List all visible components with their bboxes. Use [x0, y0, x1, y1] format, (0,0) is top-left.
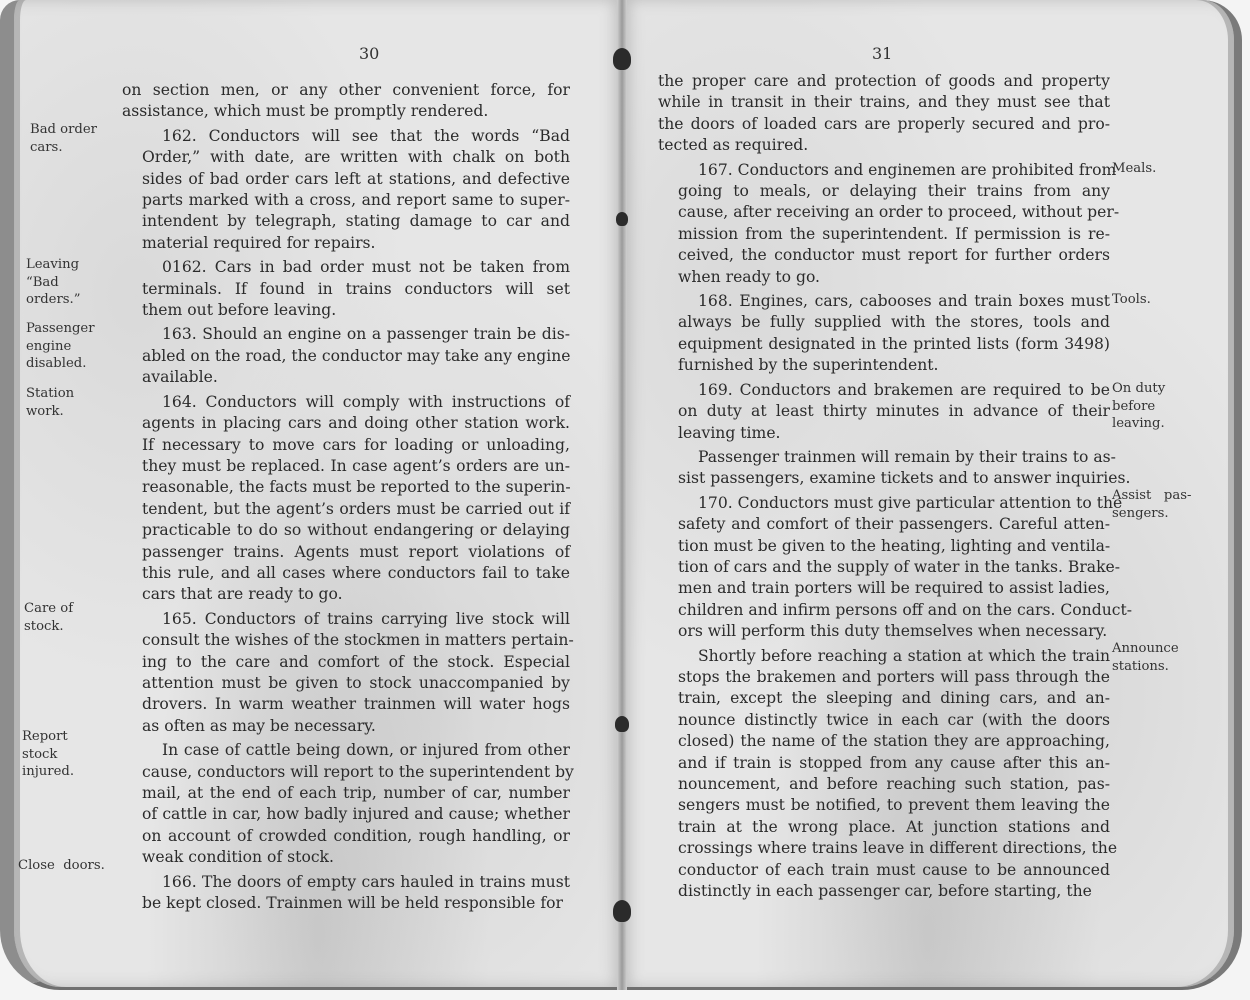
text-line: sengers must be notified, to prevent the… [658, 795, 1110, 816]
text-line: stops the brakemen and porters will pass… [658, 667, 1110, 688]
text-line: Passenger trainmen will remain by their … [658, 447, 1110, 468]
text-line: intendent by telegraph, stating damage t… [122, 211, 570, 232]
text-line: terminals. If found in trains conductors… [122, 279, 570, 300]
text-line: while in transit in their trains, and th… [658, 92, 1110, 113]
text-line: In case of cattle being down, or injured… [122, 740, 570, 761]
text-line: drovers. In warm weather trainmen will w… [122, 694, 570, 715]
paragraph: 0162. Cars in bad order must not be take… [122, 257, 570, 321]
right-page: 31 the proper care and protection of goo… [622, 0, 1242, 990]
text-line: cars that are ready to go. [122, 584, 570, 605]
text-line: 166. The doors of empty cars hauled in t… [122, 872, 570, 893]
text-line: furnished by the superintendent. [658, 355, 1110, 376]
text-line: 167. Conductors and enginemen are prohib… [658, 160, 1110, 181]
open-book-spread: 30 on section men, or any other convenie… [0, 0, 1250, 1000]
paragraph: In case of cattle being down, or injured… [122, 740, 570, 868]
margin-note-announce-stations: Announce stations. [1112, 640, 1179, 675]
binding-stitch [613, 900, 631, 922]
text-line: children and infirm persons off and on t… [658, 600, 1110, 621]
text-line: on section men, or any other convenient … [122, 80, 570, 101]
margin-note-meals: Meals. [1112, 160, 1156, 178]
text-line: 162. Conductors will see that the words … [122, 126, 570, 147]
text-line: agents in placing cars and doing other s… [122, 413, 570, 434]
text-line: weak condition of stock. [122, 847, 570, 868]
text-line: as often as may be necessary. [122, 716, 570, 737]
binding-stitch [613, 48, 631, 70]
text-line: tion of cars and the supply of water in … [658, 557, 1110, 578]
text-line: distinctly in each passenger car, before… [658, 881, 1110, 902]
text-line: Shortly before reaching a station at whi… [658, 646, 1110, 667]
margin-note-bad-order-cars: Bad order cars. [30, 121, 97, 156]
paragraph: the proper care and protection of goods … [658, 71, 1110, 157]
page-number: 30 [359, 44, 379, 63]
text-line: 165. Conductors of trains carrying live … [122, 609, 570, 630]
paragraph: 166. The doors of empty cars hauled in t… [122, 872, 570, 915]
right-page-body: the proper care and protection of goods … [658, 71, 1110, 905]
text-line: always be fully supplied with the stores… [658, 312, 1110, 333]
paragraph: 163. Should an engine on a passenger tra… [122, 324, 570, 388]
text-line: the proper care and protection of goods … [658, 71, 1110, 92]
text-line: when ready to go. [658, 267, 1110, 288]
text-line: passenger trains. Agents must report vio… [122, 542, 570, 563]
text-line: conductor of each train must cause to be… [658, 860, 1110, 881]
text-line: Order,” with date, are written with chal… [122, 147, 570, 168]
text-line: If necessary to move cars for loading or… [122, 435, 570, 456]
text-line: sist passengers, examine tickets and to … [658, 468, 1110, 489]
page-number: 31 [872, 44, 892, 63]
paragraph: 162. Conductors will see that the words … [122, 126, 570, 254]
text-line: cause, after receiving an order to proce… [658, 202, 1110, 223]
paragraph: 169. Conductors and brakemen are require… [658, 380, 1110, 444]
paragraph: 164. Conductors will comply with instruc… [122, 392, 570, 606]
text-line: tected as required. [658, 135, 1110, 156]
text-line: mission from the superintendent. If perm… [658, 224, 1110, 245]
paragraph: on section men, or any other convenient … [122, 80, 570, 123]
margin-note-care-of-stock: Care of stock. [24, 600, 73, 635]
text-line: train, except the sleeping and dining ca… [658, 688, 1110, 709]
paragraph: 170. Conductors must give particular att… [658, 493, 1110, 643]
text-line: 168. Engines, cars, cabooses and train b… [658, 291, 1110, 312]
text-line: on account of crowded condition, rough h… [122, 826, 570, 847]
margin-note-passenger-engine-disabled: Passenger engine disabled. [26, 320, 95, 373]
text-line: of cattle in car, how badly injured and … [122, 804, 570, 825]
text-line: 164. Conductors will comply with instruc… [122, 392, 570, 413]
text-line: cause, conductors will report to the sup… [122, 762, 570, 783]
text-line: 0162. Cars in bad order must not be take… [122, 257, 570, 278]
text-line: be kept closed. Trainmen will be held re… [122, 893, 570, 914]
text-line: abled on the road, the conductor may tak… [122, 346, 570, 367]
margin-note-on-duty-before-leaving: On duty before leaving. [1112, 380, 1165, 433]
text-line: sides of bad order cars left at stations… [122, 169, 570, 190]
text-line: closed) the name of the station they are… [658, 731, 1110, 752]
text-line: 169. Conductors and brakemen are require… [658, 380, 1110, 401]
text-line: they must be replaced. In case agent’s o… [122, 456, 570, 477]
text-line: them out before leaving. [122, 300, 570, 321]
left-page: 30 on section men, or any other convenie… [0, 0, 622, 990]
text-line: going to meals, or delaying their trains… [658, 181, 1110, 202]
margin-note-report-stock-injured: Report stock injured. [22, 728, 74, 781]
text-line: attention must be given to stock unaccom… [122, 673, 570, 694]
text-line: tendent, but the agent’s orders must be … [122, 499, 570, 520]
paragraph: 168. Engines, cars, cabooses and train b… [658, 291, 1110, 377]
text-line: 170. Conductors must give particular att… [658, 493, 1110, 514]
text-line: equipment designated in the printed list… [658, 334, 1110, 355]
paragraph: 165. Conductors of trains carrying live … [122, 609, 570, 737]
text-line: leaving time. [658, 423, 1110, 444]
text-line: mail, at the end of each trip, number of… [122, 783, 570, 804]
binding-stitch [615, 716, 629, 732]
text-line: train at the wrong place. At junction st… [658, 817, 1110, 838]
text-line: reasonable, the facts must be reported t… [122, 477, 570, 498]
text-line: safety and comfort of their passengers. … [658, 514, 1110, 535]
paragraph: 167. Conductors and enginemen are prohib… [658, 160, 1110, 288]
margin-note-tools: Tools. [1112, 291, 1151, 309]
text-line: ors will perform this duty themselves wh… [658, 621, 1110, 642]
paragraph: Shortly before reaching a station at whi… [658, 646, 1110, 903]
text-line: consult the wishes of the stockmen in ma… [122, 630, 570, 651]
text-line: practicable to do so without endangering… [122, 520, 570, 541]
left-page-body: on section men, or any other convenient … [122, 80, 570, 917]
text-line: assistance, which must be promptly rende… [122, 101, 570, 122]
text-line: ing to the care and comfort of the stock… [122, 652, 570, 673]
text-line: crossings where trains leave in differen… [658, 838, 1110, 859]
margin-note-leaving-bad-orders: Leaving “Bad orders.” [26, 256, 81, 309]
text-line: material required for repairs. [122, 233, 570, 254]
text-line: available. [122, 367, 570, 388]
binding-stitch [616, 212, 628, 226]
text-line: ceived, the conductor must report for fu… [658, 245, 1110, 266]
paragraph: Passenger trainmen will remain by their … [658, 447, 1110, 490]
text-line: nouncement, and before reaching such sta… [658, 774, 1110, 795]
text-line: tion must be given to the heating, light… [658, 536, 1110, 557]
text-line: men and train porters will be required t… [658, 578, 1110, 599]
text-line: nounce distinctly twice in each car (wit… [658, 710, 1110, 731]
margin-note-close-doors: Close doors. [18, 857, 105, 875]
book-spine-gutter [617, 0, 627, 990]
margin-note-station-work: Station work. [26, 385, 74, 420]
text-line: the doors of loaded cars are properly se… [658, 114, 1110, 135]
text-line: and if train is stopped from any cause a… [658, 753, 1110, 774]
text-line: on duty at least thirty minutes in advan… [658, 401, 1110, 422]
text-line: 163. Should an engine on a passenger tra… [122, 324, 570, 345]
text-line: parts marked with a cross, and report sa… [122, 190, 570, 211]
margin-note-assist-passengers: Assist pas- sengers. [1112, 487, 1191, 522]
text-line: this rule, and all cases where conductor… [122, 563, 570, 584]
